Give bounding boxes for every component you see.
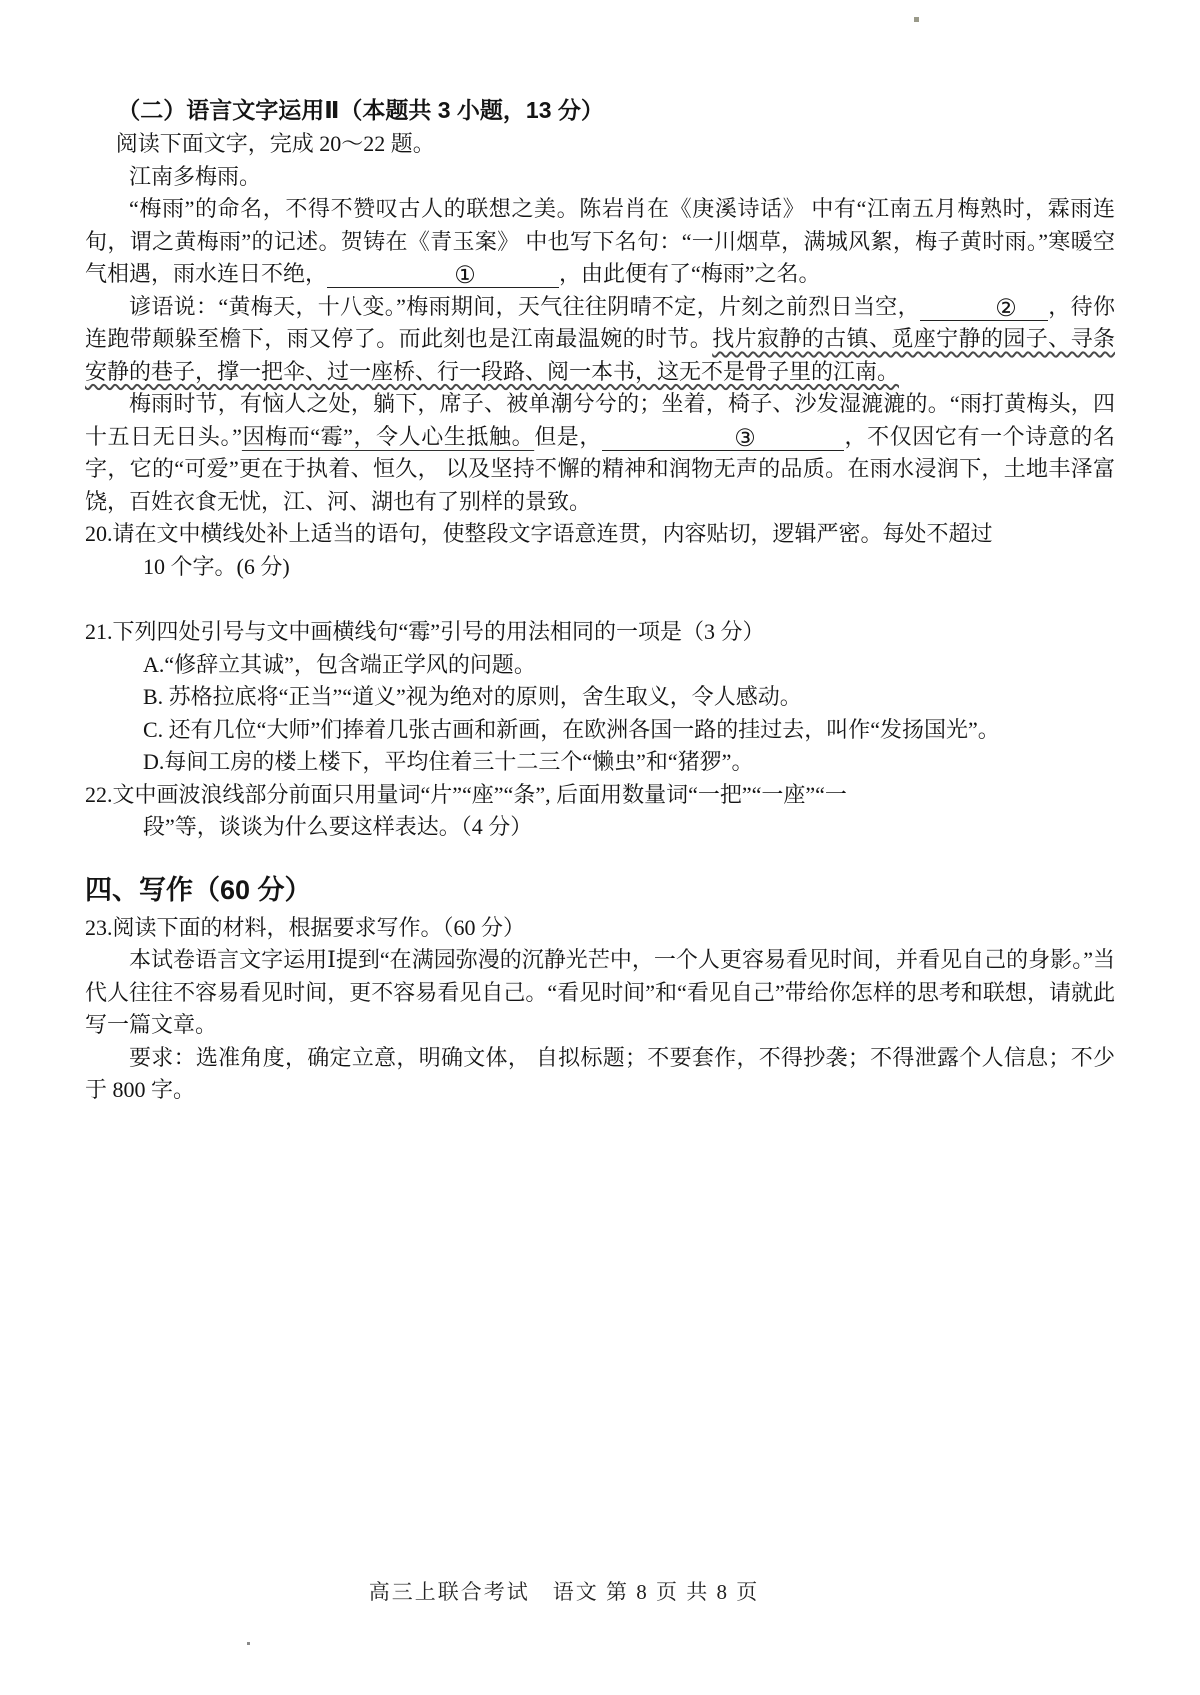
exam-page: （二）语言文字运用Ⅱ（本题共 3 小题，13 分） 阅读下面文字，完成 20～2… <box>0 0 1200 1695</box>
question-21-option-d: D.每间工房的楼上楼下，平均住着三十二三个“懒虫”和“猪猡”。 <box>85 746 1115 779</box>
page-footer: 高三上联合考试 语文 第 8 页 共 8 页 <box>0 1576 1200 1606</box>
underlined-sentence: 因梅而“霉”，令人心生抵触。 <box>242 424 534 449</box>
circled-number-3: ③ <box>734 426 756 452</box>
question-21-option-a: A.“修辞立其诚”，包含端正学风的问题。 <box>85 649 1115 682</box>
question-20-line2: 10 个字。(6 分) <box>85 551 1115 584</box>
paragraph-4-text-mid: 但是， <box>534 424 602 449</box>
fill-blank-2: ② <box>920 298 1048 321</box>
circled-number-2: ② <box>995 296 1017 322</box>
question-23-stem: 23.阅读下面的材料，根据要求写作。（60 分） <box>85 912 1115 945</box>
question-21-stem: 21.下列四处引号与文中画横线句“霉”引号的用法相同的一项是（3 分） <box>85 616 1115 649</box>
paragraph-1: 江南多梅雨。 <box>85 161 1115 194</box>
fill-blank-1: ① <box>327 265 559 288</box>
question-23-requirements: 要求：选准角度，确定立意，明确文体， 自拟标题；不要套作，不得抄袭；不得泄露个人… <box>85 1042 1115 1107</box>
section2-heading: （二）语言文字运用Ⅱ（本题共 3 小题，13 分） <box>85 92 1115 128</box>
question-21-option-b: B. 苏格拉底将“正当”“道义”视为绝对的原则，舍生取义，令人感动。 <box>85 681 1115 714</box>
question-21-option-c: C. 还有几位“大师”们捧着几张古画和新画，在欧洲各国一路的挂过去，叫作“发扬国… <box>85 714 1115 747</box>
paragraph-4: 梅雨时节，有恼人之处，躺下，席子、被单潮兮兮的；坐着，椅子、沙发湿漉漉的。“雨打… <box>85 388 1115 518</box>
fill-blank-3: ③ <box>602 428 844 451</box>
question-22-line1: 22.文中画波浪线部分前面只用量词“片”“座”“条”, 后面用数量词“一把”“一… <box>85 779 1115 812</box>
question-23-material: 本试卷语言文字运用Ⅰ提到“在满园弥漫的沉静光芒中，一个人更容易看见时间，并看见自… <box>85 944 1115 1042</box>
exam-content: （二）语言文字运用Ⅱ（本题共 3 小题，13 分） 阅读下面文字，完成 20～2… <box>85 0 1115 1107</box>
paragraph-2-text-after: ，由此便有了“梅雨”之名。 <box>559 261 821 286</box>
section2-intro: 阅读下面文字，完成 20～22 题。 <box>85 128 1115 161</box>
circled-number-1: ① <box>454 263 476 289</box>
question-22-line2: 段”等，谈谈为什么要这样表达。（4 分） <box>85 811 1115 844</box>
section4-heading: 四、写作（60 分） <box>85 868 1115 912</box>
scan-artifact-dot-bottom <box>247 1642 250 1645</box>
paragraph-2: “梅雨”的命名，不得不赞叹古人的联想之美。陈岩肖在《庚溪诗话》 中有“江南五月梅… <box>85 193 1115 291</box>
paragraph-3-text: 谚语说：“黄梅天，十八变。”梅雨期间，天气往往阴晴不定，片刻之前烈日当空， <box>129 294 920 319</box>
paragraph-3: 谚语说：“黄梅天，十八变。”梅雨期间，天气往往阴晴不定，片刻之前烈日当空，②，待… <box>85 291 1115 389</box>
question-20-line1: 20.请在文中横线处补上适当的语句，使整段文字语意连贯，内容贴切，逻辑严密。每处… <box>85 518 1115 551</box>
